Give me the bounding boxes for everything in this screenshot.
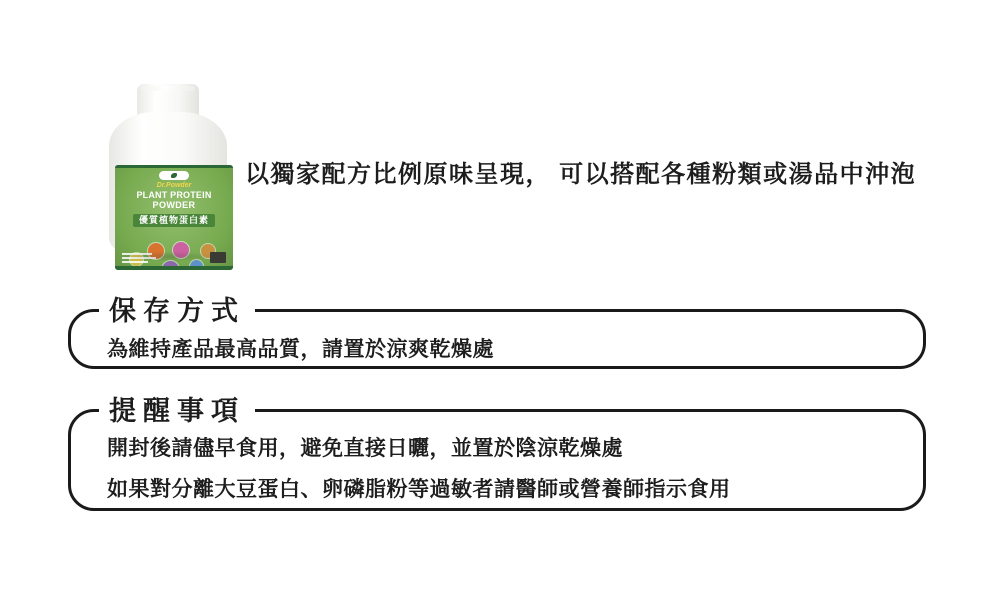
label-subtitle-band: 優質植物蛋白素: [133, 214, 215, 227]
label-title-line2: POWDER: [115, 200, 233, 210]
section-storage-method: 保存方式 為維持產品最高品質，請置於涼爽乾燥處: [68, 309, 926, 369]
section-reminders-title: 提醒事項: [99, 392, 255, 430]
brand-script-text: Dr.Powder: [115, 182, 233, 190]
product-info-page: Dr.Powder PLANT PROTEIN POWDER 優質植物蛋白素: [0, 0, 1000, 600]
section-storage-title: 保存方式: [99, 292, 255, 330]
brand-bird-icon: [159, 171, 189, 180]
section-storage-text: 為維持產品最高品質，請置於涼爽乾燥處: [71, 337, 923, 363]
product-bottle-image: Dr.Powder PLANT PROTEIN POWDER 優質植物蛋白素: [103, 76, 233, 266]
section-reminders-text-1: 開封後請儘早食用，避免直接日曬，並置於陰涼乾燥處: [71, 436, 923, 462]
bottle-body: Dr.Powder PLANT PROTEIN POWDER 優質植物蛋白素: [109, 112, 227, 254]
section-reminders-text-2: 如果對分離大豆蛋白、卵磷脂粉等過敏者請醫師或營養師指示食用: [71, 477, 923, 503]
product-description: 以獨家配方比例原味呈現， 可以搭配各種粉類或湯品中沖泡: [245, 159, 925, 191]
bottle-shadow: [105, 250, 231, 263]
section-reminders: 提醒事項 開封後請儘早食用，避免直接日曬，並置於陰涼乾燥處 如果對分離大豆蛋白、…: [68, 409, 926, 511]
label-title-line1: PLANT PROTEIN: [115, 190, 233, 200]
